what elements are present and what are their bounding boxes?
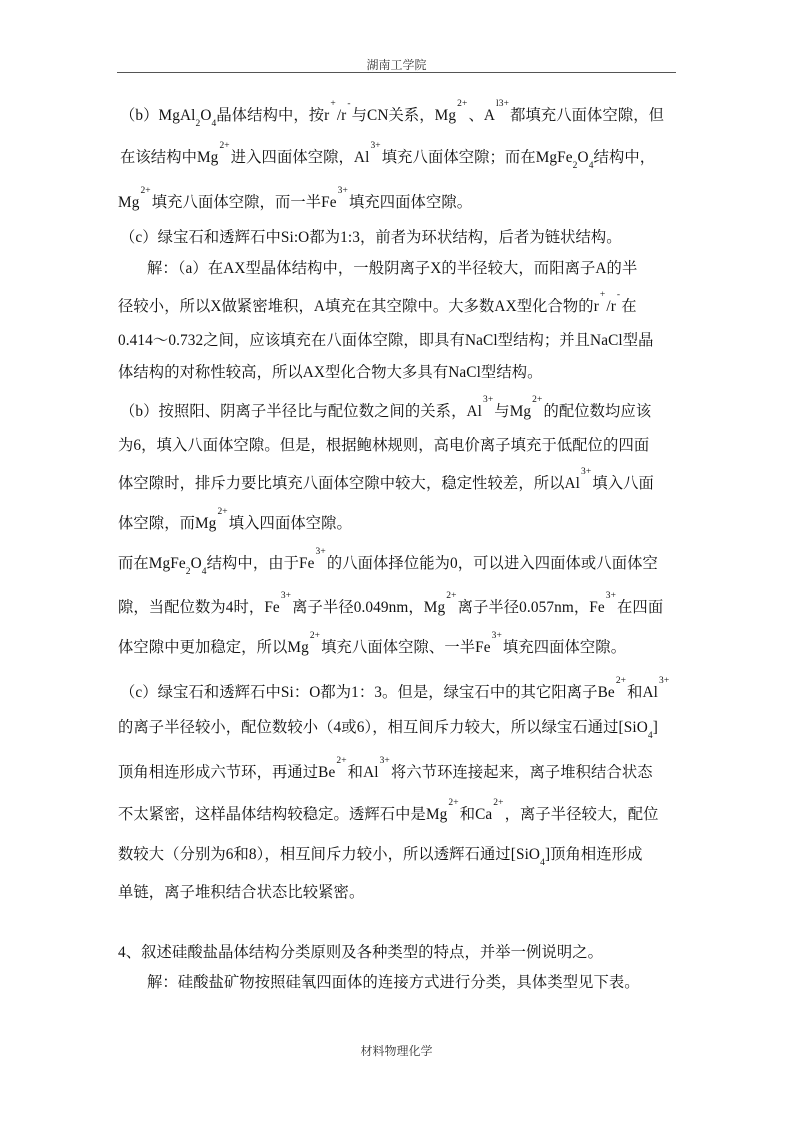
superscript: 2+ <box>448 798 458 808</box>
subscript: 2 <box>573 161 578 171</box>
text-run: O <box>191 555 202 572</box>
superscript: 3+ <box>581 467 591 477</box>
text-run: O <box>578 149 589 166</box>
superscript: 3+ <box>483 395 493 405</box>
text-run: 结构中， <box>594 149 656 166</box>
text-line: 数较大（分别为6和8），相互间斥力较小，所以透辉石通过[SiO4]顶角相连形成 <box>118 845 643 865</box>
text-run: 在四面 <box>617 599 663 616</box>
superscript: + <box>330 99 335 109</box>
text-line: 在该结构中Mg2+进入四面体空隙，Al3+填充八面体空隙；而在MgFe2O4结构… <box>120 148 655 168</box>
text-run: 解：（a）在AX型晶体结构中，一般阴离子X的半径较大，而阳离子A的半 <box>147 260 637 277</box>
text-run: ，离子半径较大，配位 <box>505 806 659 823</box>
text-line: 解：（a）在AX型晶体结构中，一般阴离子X的半径较大，而阳离子A的半 <box>147 259 637 279</box>
text-run: /r <box>606 298 616 315</box>
text-run: 体空隙时，排斥力要比填充八面体空隙中较大，稳定性较差，所以Al <box>118 475 580 492</box>
subscript: 2 <box>186 567 191 577</box>
text-run: 在该结构中Mg <box>120 149 218 166</box>
text-run: O <box>200 107 211 124</box>
text-line: Mg2+填充八面体空隙，而一半Fe3+填充四面体空隙。 <box>118 193 472 213</box>
text-run: 和Al <box>348 764 379 781</box>
text-run: 体结构的对称性较高，所以AX型化合物大多具有NaCl型结构。 <box>118 364 543 381</box>
text-run: 都填充八面体空隙，但 <box>510 107 664 124</box>
text-line: （c）绿宝石和透辉石中Si:O都为1:3，前者为环状结构，后者为链状结构。 <box>120 228 622 248</box>
text-run: 填入四面体空隙。 <box>229 515 352 532</box>
superscript: 3+ <box>281 591 291 601</box>
text-run: 、A <box>468 107 495 124</box>
text-line: 体结构的对称性较高，所以AX型化合物大多具有NaCl型结构。 <box>118 363 543 383</box>
superscript: 2+ <box>616 676 626 686</box>
header-title: 湖南工学院 <box>0 56 793 73</box>
text-line: 不太紧密，这样晶体结构较稳定。透辉石中是Mg2+和Ca2+，离子半径较大，配位 <box>118 805 659 825</box>
text-run: 为6，填入八面体空隙。但是，根据鲍林规则，高电价离子填充于低配位的四面 <box>118 437 649 454</box>
superscript: l3+ <box>496 99 509 109</box>
text-run: 4、叙述硅酸盐晶体结构分类原则及各种类型的特点，并举一例说明之。 <box>118 944 603 961</box>
text-run: 体空隙中更加稳定，所以Mg <box>118 639 309 656</box>
text-run: （b）按照阳、阴离子半径比与配位数之间的关系，Al <box>120 403 482 420</box>
text-run: 的配位数均应该 <box>543 403 651 420</box>
superscript: 2+ <box>219 141 229 151</box>
text-run: 的离子半径较小，配位数较小（4或6），相互间斥力较大，所以绿宝石通过[SiO <box>118 719 648 736</box>
text-line: （c）绿宝石和透辉石中Si：O都为1：3。但是，绿宝石中的其它阳离子Be2+和A… <box>120 683 670 703</box>
text-run: 0.414～0.732之间，应该填充在八面体空隙，即具有NaCl型结构；并且Na… <box>118 332 654 349</box>
superscript: 2+ <box>532 395 542 405</box>
text-run: （c）绿宝石和透辉石中Si：O都为1：3。但是，绿宝石中的其它阳离子Be <box>120 684 615 701</box>
superscript: 3+ <box>606 591 616 601</box>
superscript: 3+ <box>492 631 502 641</box>
text-line: 的离子半径较小，配位数较小（4或6），相互间斥力较大，所以绿宝石通过[SiO4] <box>118 718 658 738</box>
text-run: 解：硅酸盐矿物按照硅氧四面体的连接方式进行分类，具体类型见下表。 <box>147 974 640 991</box>
text-run: 结构中，由于Fe <box>207 555 315 572</box>
text-run: 填充八面体空隙；而在MgFe <box>382 149 573 166</box>
subscript: 4 <box>540 858 545 868</box>
text-run: 不太紧密，这样晶体结构较稳定。透辉石中是Mg <box>118 806 447 823</box>
text-run: （b）MgAl <box>120 107 196 124</box>
text-run: 而在MgFe <box>118 555 186 572</box>
subscript: 4 <box>202 567 207 577</box>
text-line: 隙，当配位数为4时，Fe3+离子半径0.049nm，Mg2+离子半径0.057n… <box>118 598 663 618</box>
superscript: 2+ <box>457 99 467 109</box>
text-line: 解：硅酸盐矿物按照硅氧四面体的连接方式进行分类，具体类型见下表。 <box>147 973 640 993</box>
text-run: 的八面体择位能为0，可以进入四面体或八面体空 <box>327 555 658 572</box>
text-run: 顶角相连形成六节环，再通过Be <box>118 764 335 781</box>
superscript: 3+ <box>380 756 390 766</box>
text-line: 为6，填入八面体空隙。但是，根据鲍林规则，高电价离子填充于低配位的四面 <box>118 436 649 456</box>
text-run: 隙，当配位数为4时，Fe <box>118 599 280 616</box>
superscript: 2+ <box>310 631 320 641</box>
text-run: ]顶角相连形成 <box>545 846 643 863</box>
superscript: 3+ <box>338 186 348 196</box>
superscript: 3+ <box>659 676 669 686</box>
superscript: 2+ <box>217 507 227 517</box>
subscript: 4 <box>212 119 217 129</box>
text-run: 填入八面 <box>592 475 654 492</box>
superscript: - <box>617 290 620 300</box>
text-line: 0.414～0.732之间，应该填充在八面体空隙，即具有NaCl型结构；并且Na… <box>118 331 654 351</box>
text-run: 填充四面体空隙。 <box>503 639 626 656</box>
superscript: 2+ <box>446 591 456 601</box>
subscript: 2 <box>196 119 201 129</box>
text-line: 体空隙中更加稳定，所以Mg2+填充八面体空隙、一半Fe3+填充四面体空隙。 <box>118 638 626 658</box>
text-line: 4、叙述硅酸盐晶体结构分类原则及各种类型的特点，并举一例说明之。 <box>118 943 603 963</box>
text-run: 填充八面体空隙，而一半Fe <box>152 194 337 211</box>
text-line: 顶角相连形成六节环，再通过Be2+和Al3+将六节环连接起来，离子堆积结合状态 <box>118 763 653 783</box>
text-run: 和Ca <box>460 806 493 823</box>
text-run: 进入四面体空隙，Al <box>231 149 370 166</box>
superscript: 2+ <box>140 186 150 196</box>
superscript: 3+ <box>316 547 326 557</box>
superscript: - <box>347 99 350 109</box>
text-run: 体空隙，而Mg <box>118 515 216 532</box>
footer-title: 材料物理化学 <box>0 1042 793 1059</box>
text-line: （b）MgAl2O4晶体结构中，按r+/r-与CN关系，Mg2+、Al3+都填充… <box>120 106 664 126</box>
text-run: 与CN关系，Mg <box>352 107 457 124</box>
text-run: 与Mg <box>494 403 531 420</box>
text-line: 体空隙，而Mg2+填入四面体空隙。 <box>118 514 352 534</box>
superscript: 3+ <box>370 141 380 151</box>
text-run: 离子半径0.057nm，Fe <box>458 599 605 616</box>
text-run: 离子半径0.049nm，Mg <box>292 599 445 616</box>
header-divider <box>117 72 676 73</box>
text-run: 填充八面体空隙、一半Fe <box>321 639 490 656</box>
text-run: 径较小，所以X做紧密堆积，A填充在其空隙中。大多数AX型化合物的r <box>118 298 599 315</box>
superscript: + <box>600 290 605 300</box>
text-run: /r <box>337 107 347 124</box>
text-run: 晶体结构中，按r <box>216 107 329 124</box>
text-run: 在 <box>621 298 636 315</box>
text-run: 将六节环连接起来，离子堆积结合状态 <box>391 764 653 781</box>
text-line: 径较小，所以X做紧密堆积，A填充在其空隙中。大多数AX型化合物的r+/r-在 <box>118 297 637 317</box>
text-line: 体空隙时，排斥力要比填充八面体空隙中较大，稳定性较差，所以Al3+填入八面 <box>118 474 654 494</box>
text-line: （b）按照阳、阴离子半径比与配位数之间的关系，Al3+与Mg2+的配位数均应该 <box>120 402 651 422</box>
text-run: 单链，离子堆积结合状态比较紧密。 <box>118 884 364 901</box>
text-run: Mg <box>118 194 139 211</box>
superscript: 2+ <box>493 798 503 808</box>
text-run: （c）绿宝石和透辉石中Si:O都为1:3，前者为环状结构，后者为链状结构。 <box>120 229 622 246</box>
text-run: 数较大（分别为6和8），相互间斥力较小，所以透辉石通过[SiO <box>118 846 540 863</box>
text-run: 填充四面体空隙。 <box>349 194 472 211</box>
text-run: ] <box>653 719 658 736</box>
subscript: 4 <box>589 161 594 171</box>
superscript: 2+ <box>336 756 346 766</box>
text-run: 和Al <box>627 684 658 701</box>
subscript: 4 <box>648 731 653 741</box>
text-line: 单链，离子堆积结合状态比较紧密。 <box>118 883 364 903</box>
text-line: 而在MgFe2O4结构中，由于Fe3+的八面体择位能为0，可以进入四面体或八面体… <box>118 554 658 574</box>
